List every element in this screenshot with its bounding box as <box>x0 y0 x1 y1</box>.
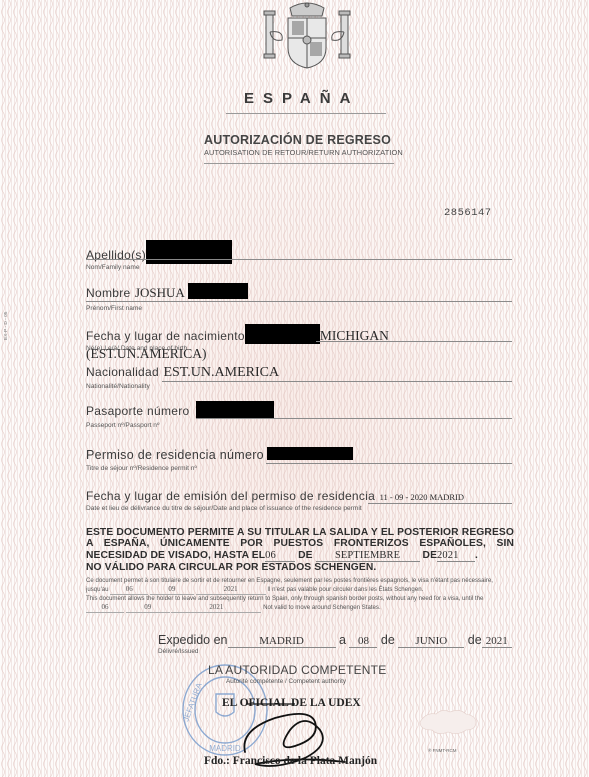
issued-sublabel: Délivré/Issued <box>158 648 199 655</box>
issued-day: 08 <box>349 635 377 648</box>
nationality-label: Nacionalidad <box>86 365 159 379</box>
fr-day: 06 <box>110 585 148 594</box>
birth-field: Fecha y lugar de nacimientoMICHIGAN (EST… <box>86 324 512 342</box>
en-day: 06 <box>86 603 124 612</box>
residence-permit-sublabel: Titre de séjour nº/Residence permit nº <box>86 465 197 472</box>
fr-year: 2021 <box>196 585 266 594</box>
redaction-block <box>188 283 248 299</box>
english-text: This document allows the holder to leave… <box>86 595 483 602</box>
first-name-label: Nombre <box>86 286 130 300</box>
english-text-2: Not valid to move around Schengen States… <box>263 604 381 611</box>
nationality-value: EST.UN.AMERICA <box>163 365 279 380</box>
permit-issue-label: Fecha y lugar de emisión del permiso de … <box>86 489 375 503</box>
passport-sublabel: Passeport nº/Passport nº <box>86 422 159 429</box>
printer-mark: ® FNMT-RCM <box>428 748 457 753</box>
passport-label: Pasaporte número <box>86 404 190 418</box>
validity-notice: ESTE DOCUMENTO PERMITE A SU TITULAR LA S… <box>86 527 514 573</box>
permit-issue-value: 11 - 09 - 2020 MADRID <box>380 492 464 502</box>
permit-issue-field: Fecha y lugar de emisión del permiso de … <box>86 487 512 504</box>
fr-month: 09 <box>150 585 194 594</box>
residence-permit-field: Permiso de residencia número <box>86 446 512 464</box>
country-name: ESPAÑA <box>244 90 359 107</box>
issued-de: de <box>468 633 482 647</box>
notice-period: . <box>475 550 478 561</box>
birth-sublabel: Né(e) Le/à/ Date and place of birth <box>86 345 187 352</box>
schengen-warning: NO VÁLIDO PARA CIRCULAR POR ESTADOS SCHE… <box>86 562 376 573</box>
valid-until-year: 2021 <box>437 550 475 562</box>
watermark-cartouche <box>418 708 478 736</box>
serial-number: 2856147 <box>444 207 492 219</box>
first-name-field: Nombre JOSHUA <box>86 283 512 302</box>
birth-label: Fecha y lugar de nacimiento <box>86 329 245 343</box>
redaction-block <box>196 401 274 418</box>
issued-year: 2021 <box>482 635 512 648</box>
issued-place: MADRID <box>228 635 336 648</box>
redaction-block <box>245 324 320 344</box>
authority-title: LA AUTORIDAD COMPETENTE <box>208 663 386 677</box>
first-name-value: JOSHUA <box>135 285 185 300</box>
permit-issue-sublabel: Date et lieu de délivrance du titre de s… <box>86 505 362 512</box>
valid-until-day: 06 <box>265 550 295 562</box>
residence-permit-label: Permiso de residencia número <box>86 448 264 462</box>
issuance-line: Expedido enMADRID a 08 de JUNIO de2021 <box>158 633 512 648</box>
nationality-sublabel: Nationalité/Nationality <box>86 383 150 390</box>
divider <box>204 163 394 164</box>
redaction-block <box>146 240 232 264</box>
divider <box>226 113 386 114</box>
valid-until-month: SEPTIEMBRE <box>316 550 420 562</box>
coat-of-arms-icon <box>262 2 352 72</box>
notice-de: DE <box>298 550 313 561</box>
notice-de: DE <box>423 550 438 561</box>
document-subtitle: AUTORISATION DE RETOUR/RETURN AUTHORIZAT… <box>204 148 403 157</box>
nationality-field: Nacionalidad EST.UN.AMERICA <box>86 363 512 382</box>
svg-text:JEFATURA: JEFATURA <box>181 681 203 723</box>
first-name-sublabel: Prénom/First name <box>86 305 142 312</box>
signed-by: Fdo.: Francisco de la Plata Manjón <box>204 755 377 767</box>
issued-a: a <box>339 633 346 647</box>
issued-de: de <box>381 633 395 647</box>
document-title: AUTORIZACIÓN DE REGRESO <box>204 133 391 147</box>
translation-notice: Ce document permet à son titulaire de so… <box>86 577 514 613</box>
redaction-block <box>267 447 353 460</box>
issued-label: Expedido en <box>158 633 228 647</box>
surname-sublabel: Nom/Family name <box>86 264 140 271</box>
passport-field: Pasaporte número <box>86 401 512 419</box>
authority-subtitle: Autorité compétente / Competent authorit… <box>226 678 346 685</box>
french-text-2: Il n'est pas valable pour circuler dans … <box>267 586 423 593</box>
surname-field: Apellido(s) <box>86 240 512 260</box>
side-form-code: EX-P - D - 05 <box>4 312 9 340</box>
en-year: 2021 <box>171 603 261 612</box>
en-month: 09 <box>126 603 170 612</box>
issued-month: JUNIO <box>398 635 464 648</box>
